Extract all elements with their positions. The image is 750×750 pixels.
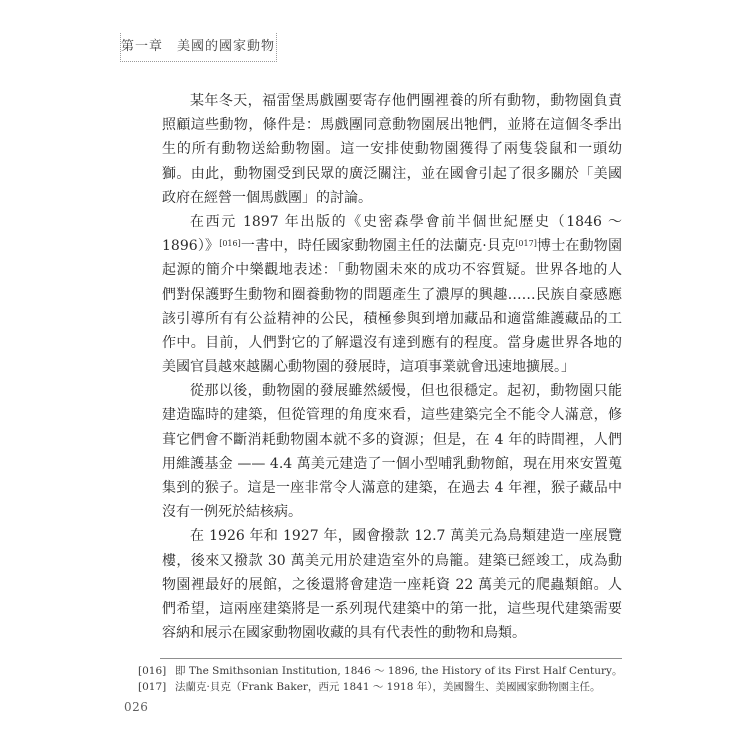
footnote-divider xyxy=(160,658,622,659)
text-line: 在 1926 年和 1927 年，國會撥款 12.7 萬美元為鳥類建造一座展覽大 xyxy=(162,524,622,548)
footnote-ref: [017] xyxy=(515,239,537,248)
chapter-header: 第一章 美國的國家動物園 xyxy=(120,33,277,62)
footnote-item: [017] 法蘭克·貝克（Frank Baker，西元 1841 ～ 1918 … xyxy=(138,679,630,695)
text-run: 獅。由此，動物園受到民眾的廣泛關注，並在國會引起了很多關於「美國 xyxy=(162,166,622,182)
text-run: 照顧這些動物，條件是：馬戲團同意動物園展出牠們，並將在這個冬季出 xyxy=(162,117,622,133)
text-run: 1896）》 xyxy=(162,238,219,254)
paragraph: 從那以後，動物園的發展雖然緩慢，但也很穩定。起初，動物園只能建造臨時的建築，但從… xyxy=(162,379,622,524)
footnote-label: [017] xyxy=(138,679,175,695)
text-run: 博士在動物園 xyxy=(537,238,622,254)
paragraph: 在西元 1897 年出版的《史密森學會前半個世紀歷史（1846 ～1896）》[… xyxy=(162,210,622,379)
text-run: 葺它們會不斷消耗動物園本就不多的資源；但是，在 4 年的時間裡，人們 xyxy=(162,432,622,448)
text-line: 們對保護野生動物和圈養動物的問題產生了濃厚的興趣……民族自豪感應 xyxy=(162,283,622,307)
text-run: 從那以後，動物園的發展雖然緩慢，但也很穩定。起初，動物園只能 xyxy=(190,383,622,399)
paragraph: 某年冬天，福雷堡馬戲團要寄存他們團裡養的所有動物，動物園負責照顧這些動物，條件是… xyxy=(162,89,622,210)
text-run: 集到的猴子。這是一座非常令人滿意的建築，在過去 4 年裡，猴子藏品中 xyxy=(162,480,622,496)
text-run: 一書中，時任國家動物園主任的法蘭克·貝克 xyxy=(241,238,516,254)
text-line: 美國官員越來越關心動物園的發展時，這項事業就會迅速地擴展。」 xyxy=(162,355,622,379)
text-line: 葺它們會不斷消耗動物園本就不多的資源；但是，在 4 年的時間裡，人們 xyxy=(162,428,622,452)
text-line: 用維護基金 —— 4.4 萬美元建造了一個小型哺乳動物館，現在用來安置蒐 xyxy=(162,452,622,476)
paragraph: 在 1926 年和 1927 年，國會撥款 12.7 萬美元為鳥類建造一座展覽大… xyxy=(162,524,622,645)
text-line: 容納和展示在國家動物園收藏的具有代表性的動物和鳥類。 xyxy=(162,621,622,645)
page-number: 026 xyxy=(124,700,148,714)
text-line: 某年冬天，福雷堡馬戲團要寄存他們團裡養的所有動物，動物園負責 xyxy=(162,89,622,113)
text-run: 作中。目前，人們對它的了解還沒有達到應有的程度。當身處世界各地的 xyxy=(162,335,622,351)
text-line: 集到的猴子。這是一座非常令人滿意的建築，在過去 4 年裡，猴子藏品中 xyxy=(162,476,622,500)
text-line: 從那以後，動物園的發展雖然緩慢，但也很穩定。起初，動物園只能 xyxy=(162,379,622,403)
text-line: 獅。由此，動物園受到民眾的廣泛關注，並在國會引起了很多關於「美國 xyxy=(162,162,622,186)
chapter-header-label: 第一章 美國的國家動物園 xyxy=(121,39,277,54)
text-line: 們希望，這兩座建築將是一系列現代建築中的第一批，這些現代建築需要 xyxy=(162,597,622,621)
text-run: 生的所有動物送給動物園。這一安排使動物園獲得了兩隻袋鼠和一頭幼 xyxy=(162,141,622,157)
footnote-ref: [016] xyxy=(219,239,241,248)
footnote-text: 法蘭克·貝克（Frank Baker，西元 1841 ～ 1918 年），美國醫… xyxy=(175,679,630,695)
text-run: 在 1926 年和 1927 年，國會撥款 12.7 萬美元為鳥類建造一座展覽大 xyxy=(162,528,622,548)
text-line: 照顧這些動物，條件是：馬戲團同意動物園展出牠們，並將在這個冬季出 xyxy=(162,113,622,137)
text-run: 政府在經營一個馬戲團」的討論。 xyxy=(162,190,372,206)
text-line: 樓，後來又撥款 30 萬美元用於建造室外的鳥籠。建築已經竣工，成為動 xyxy=(162,549,622,573)
text-run: 樓，後來又撥款 30 萬美元用於建造室外的鳥籠。建築已經竣工，成為動 xyxy=(162,553,622,569)
body-text: 某年冬天，福雷堡馬戲團要寄存他們團裡養的所有動物，動物園負責照顧這些動物，條件是… xyxy=(162,89,622,645)
text-run: 該引導所有有公益精神的公民，積極參與到增加藏品和適當維護藏品的工 xyxy=(162,311,622,327)
footnote-item: [016] 即 The Smithsonian Institution, 184… xyxy=(138,663,630,679)
footnotes: [016] 即 The Smithsonian Institution, 184… xyxy=(138,663,630,695)
footnote-label: [016] xyxy=(138,663,175,679)
text-line: 起源的簡介中樂觀地表述：「動物園未來的成功不容質疑。世界各地的人 xyxy=(162,258,622,282)
text-run: 美國官員越來越關心動物園的發展時，這項事業就會迅速地擴展。」 xyxy=(162,359,575,375)
text-line: 該引導所有有公益精神的公民，積極參與到增加藏品和適當維護藏品的工 xyxy=(162,307,622,331)
text-run: 沒有一例死於結核病。 xyxy=(162,504,302,520)
text-run: 們希望，這兩座建築將是一系列現代建築中的第一批，這些現代建築需要 xyxy=(162,601,622,617)
text-line: 沒有一例死於結核病。 xyxy=(162,500,622,524)
text-run: 起源的簡介中樂觀地表述：「動物園未來的成功不容質疑。世界各地的人 xyxy=(162,262,622,278)
text-line: 政府在經營一個馬戲團」的討論。 xyxy=(162,186,622,210)
text-run: 某年冬天，福雷堡馬戲團要寄存他們團裡養的所有動物，動物園負責 xyxy=(190,93,622,109)
text-run: 物園裡最好的展館，之後還將會建造一座耗資 22 萬美元的爬蟲類館。人 xyxy=(162,577,622,593)
text-line: 在西元 1897 年出版的《史密森學會前半個世紀歷史（1846 ～ xyxy=(162,210,622,234)
text-run: 容納和展示在國家動物園收藏的具有代表性的動物和鳥類。 xyxy=(162,625,526,641)
text-run: 們對保護野生動物和圈養動物的問題產生了濃厚的興趣……民族自豪感應 xyxy=(162,287,622,303)
text-line: 作中。目前，人們對它的了解還沒有達到應有的程度。當身處世界各地的 xyxy=(162,331,622,355)
book-page: 第一章 美國的國家動物園 某年冬天，福雷堡馬戲團要寄存他們團裡養的所有動物，動物… xyxy=(0,0,750,750)
text-run: 用維護基金 —— 4.4 萬美元建造了一個小型哺乳動物館，現在用來安置蒐 xyxy=(162,456,622,472)
footnote-text: 即 The Smithsonian Institution, 1846 ～ 18… xyxy=(175,663,630,679)
text-line: 生的所有動物送給動物園。這一安排使動物園獲得了兩隻袋鼠和一頭幼 xyxy=(162,137,622,161)
text-run: 建造臨時的建築，但從管理的角度來看，這些建築完全不能令人滿意，修 xyxy=(162,407,622,423)
text-run: 在西元 1897 年出版的《史密森學會前半個世紀歷史（1846 ～ xyxy=(190,214,622,230)
text-line: 1896）》[016]一書中，時任國家動物園主任的法蘭克·貝克[017]博士在動… xyxy=(162,234,622,258)
text-line: 物園裡最好的展館，之後還將會建造一座耗資 22 萬美元的爬蟲類館。人 xyxy=(162,573,622,597)
text-line: 建造臨時的建築，但從管理的角度來看，這些建築完全不能令人滿意，修 xyxy=(162,403,622,427)
